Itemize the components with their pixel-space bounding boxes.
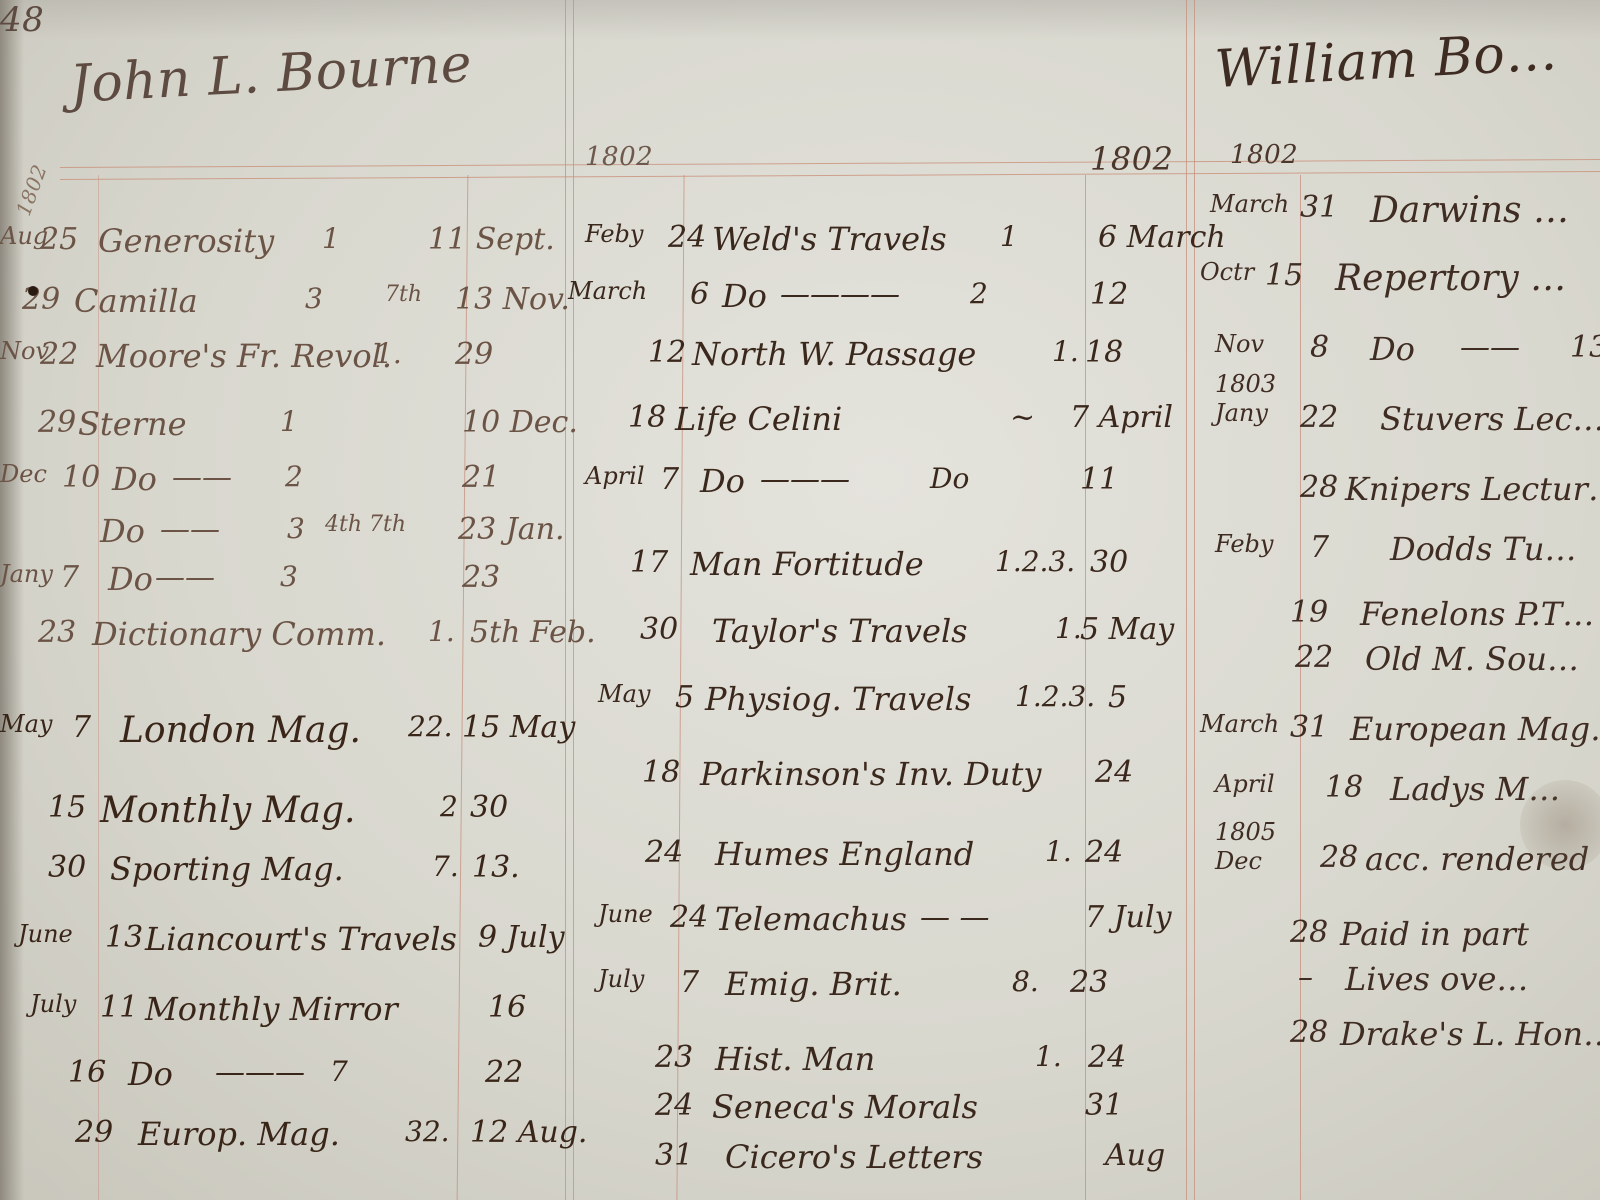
entry-title: Lives ove…	[1345, 960, 1528, 998]
entry-title: Camilla	[74, 282, 198, 320]
entry-title: Do	[108, 560, 153, 598]
column-rule	[565, 0, 566, 1200]
entry-day: 5	[675, 680, 694, 715]
ledger-page: 48 John L. Bourne William Bo… 1802 1802 …	[0, 0, 1600, 1200]
entry-dash: ———	[760, 462, 850, 497]
entry-day: 16	[68, 1055, 106, 1090]
entry-returned: 30	[1090, 545, 1128, 580]
entry-title: London Mag.	[120, 710, 361, 751]
entry-title: Do	[1370, 330, 1415, 368]
entry-returned: 13 Nov.	[455, 282, 570, 317]
entry-day: 28	[1300, 470, 1338, 505]
entry-month: May	[598, 680, 650, 708]
entry-day: 28	[1320, 840, 1358, 875]
entry-volume: 3	[287, 512, 305, 545]
header-rule-top	[60, 159, 1600, 168]
entry-title: Darwins …	[1370, 190, 1569, 231]
entry-volume: 1	[280, 405, 298, 438]
entry-title: Humes England	[715, 835, 974, 873]
entry-day: 22	[40, 337, 78, 372]
entry-returned: 7 April	[1070, 400, 1173, 435]
entry-title: Life Celini	[675, 400, 842, 438]
entry-title: Taylor's Travels	[712, 612, 968, 650]
entry-day: 24	[645, 835, 683, 870]
entry-volume: 2	[440, 790, 458, 823]
entry-day: 29	[38, 405, 76, 440]
entry-volume: 1	[1000, 220, 1018, 253]
column-rule	[98, 175, 99, 1200]
entry-returned: 11	[1080, 462, 1118, 497]
entry-title: Drake's L. Hon…	[1340, 1015, 1600, 1053]
entry-dash: ———	[215, 1055, 305, 1090]
entry-dash: — —	[920, 900, 990, 935]
entry-volume: 1.2.3.	[995, 545, 1075, 578]
entry-day: 7	[1310, 530, 1329, 565]
entry-returned: 9 July	[478, 920, 565, 955]
entry-volume: 1.	[1035, 1040, 1062, 1073]
entry-day: 8	[1310, 330, 1329, 365]
entry-returned: 24	[1095, 755, 1133, 790]
entry-month: July	[30, 990, 76, 1018]
entry-title: Repertory …	[1335, 258, 1566, 299]
entry-day: 15	[1265, 258, 1303, 293]
entry-volume: 7	[330, 1055, 348, 1088]
entry-volume: 7.	[432, 850, 459, 883]
entry-day: 19	[1290, 595, 1328, 630]
entry-day: 24	[670, 900, 708, 935]
year-header: 1802	[1090, 140, 1173, 178]
entry-day: 11	[100, 990, 138, 1025]
entry-day: 28	[1290, 915, 1328, 950]
entry-month: Feby	[1215, 530, 1273, 558]
entry-month: Jany	[0, 560, 53, 588]
entry-volume: 8.	[1012, 965, 1039, 998]
entry-title: Do	[100, 512, 145, 550]
year-header: 1802	[1230, 140, 1298, 170]
entry-day: 22	[1300, 400, 1338, 435]
entry-dash: ~	[1010, 400, 1035, 435]
entry-returned: 18	[1085, 335, 1123, 370]
entry-month: Nov	[1215, 330, 1264, 358]
account-name: John L. Bourne	[68, 34, 473, 115]
entry-returned: Aug	[1105, 1138, 1165, 1173]
entry-returned: 11 Sept.	[428, 222, 555, 257]
entry-day: 13	[105, 920, 143, 955]
entry-day: 18	[1325, 770, 1363, 805]
entry-title: Telemachus	[715, 900, 907, 938]
entry-returned: 13	[1570, 330, 1600, 365]
entry-dash: ——	[1460, 330, 1520, 365]
entry-title: Paid in part	[1340, 915, 1529, 953]
entry-returned: 5	[1108, 680, 1127, 715]
entry-day: 22	[1295, 640, 1333, 675]
entry-dash: ——	[155, 560, 215, 595]
entry-day: 15	[48, 790, 86, 825]
entry-title: Dodds Tu…	[1390, 530, 1576, 568]
entry-title: Physiog. Travels	[705, 680, 971, 718]
column-rule	[1186, 0, 1187, 1200]
entry-day: 29	[22, 282, 60, 317]
entry-volume: 3	[280, 560, 298, 593]
entry-title: Do	[112, 460, 157, 498]
entry-volume: 1.	[1045, 835, 1072, 868]
entry-day: 24	[655, 1088, 693, 1123]
entry-volume: Do	[930, 462, 969, 495]
entry-day: 23	[655, 1040, 693, 1075]
entry-returned: 23	[1070, 965, 1108, 1000]
entry-title: Do	[722, 277, 767, 315]
entry-day: 7	[660, 462, 679, 497]
entry-returned: 7 July	[1085, 900, 1172, 935]
entry-day: 10	[62, 460, 100, 495]
entry-title: Liancourt's Travels	[145, 920, 457, 958]
entry-returned: 30	[470, 790, 508, 825]
entry-title: Cicero's Letters	[725, 1138, 983, 1176]
entry-volume: 3	[305, 282, 323, 315]
entry-day: 24	[668, 220, 706, 255]
column-rule	[1194, 0, 1195, 1200]
entry-day: 31	[1290, 710, 1328, 745]
entry-month: March	[568, 277, 647, 305]
entry-returned: 6 March	[1098, 220, 1226, 255]
ink-smudge	[1520, 780, 1600, 870]
entry-dash: ——	[172, 460, 232, 495]
entry-day: 17	[630, 545, 668, 580]
entry-returned: 16	[488, 990, 526, 1025]
entry-returned: 29	[455, 337, 493, 372]
entry-volume: 1.2.3.	[1015, 680, 1095, 713]
entry-month: April	[585, 462, 645, 490]
entry-note: 7th	[385, 282, 422, 307]
entry-returned: 5th Feb.	[470, 615, 596, 650]
entry-title: European Mag…	[1350, 710, 1600, 748]
entry-day: 6	[690, 277, 709, 312]
entry-title: Stuvers Lec…	[1380, 400, 1600, 438]
entry-returned: 24	[1088, 1040, 1126, 1075]
year-header: 1802	[585, 142, 653, 172]
entry-day: 31	[1300, 190, 1338, 225]
entry-volume: 32.	[405, 1115, 450, 1148]
entry-volume: 2	[285, 460, 303, 493]
entry-title: North W. Passage	[692, 335, 976, 373]
entry-title: Knipers Lectur…	[1345, 470, 1600, 508]
entry-month: Feby	[585, 220, 643, 248]
entry-returned: 23 Jan.	[458, 512, 564, 547]
entry-returned: 12	[1090, 277, 1128, 312]
entry-month: 1803 Jany	[1215, 370, 1305, 428]
entry-dash: ——	[160, 512, 220, 547]
entry-month: March	[1200, 710, 1279, 738]
entry-returned: 22	[485, 1055, 523, 1090]
entry-title: Weld's Travels	[712, 220, 947, 258]
entry-title: Sporting Mag.	[110, 850, 344, 888]
entry-title: Moore's Fr. Revol.	[96, 337, 392, 375]
entry-note: 4th 7th	[325, 512, 406, 537]
entry-returned: 23	[462, 560, 500, 595]
entry-day: 30	[48, 850, 86, 885]
entry-returned: 12 Aug.	[470, 1115, 587, 1150]
entry-returned: 5 May	[1080, 612, 1174, 647]
entry-day: 7	[72, 710, 91, 745]
entry-day: 28	[1290, 1015, 1328, 1050]
entry-title: Emig. Brit.	[725, 965, 902, 1003]
entry-title: Europ. Mag.	[138, 1115, 340, 1153]
entry-title: Do	[128, 1055, 173, 1093]
page-binding-shadow	[0, 0, 24, 1200]
entry-month: April	[1215, 770, 1275, 798]
entry-volume: 22.	[408, 710, 453, 743]
entry-title: Man Fortitude	[690, 545, 924, 583]
entry-title: Hist. Man	[715, 1040, 875, 1078]
entry-month: Dec	[0, 460, 47, 488]
entry-title: Generosity	[98, 222, 274, 260]
entry-month: Octr	[1200, 258, 1254, 286]
entry-title: Old M. Sou…	[1365, 640, 1579, 678]
entry-title: Do	[700, 462, 745, 500]
entry-volume: 1	[322, 222, 340, 255]
entry-returned: 13.	[472, 850, 520, 885]
ink-dot	[28, 286, 38, 296]
entry-day: 31	[655, 1138, 693, 1173]
entry-month: June	[598, 900, 653, 928]
entry-title: Fenelons P.T…	[1360, 595, 1594, 633]
entry-title: Seneca's Morals	[712, 1088, 978, 1126]
entry-dash: ————	[780, 277, 900, 312]
entry-returned: 15 May	[462, 710, 575, 745]
entry-returned: 24	[1085, 835, 1123, 870]
header-rule-bottom	[60, 171, 1600, 180]
entry-title: Dictionary Comm.	[92, 615, 386, 653]
entry-day: 30	[640, 612, 678, 647]
entry-title: Parkinson's Inv. Duty	[700, 755, 1041, 793]
entry-volume: 1.	[1052, 335, 1079, 368]
entry-returned: 31	[1085, 1088, 1123, 1123]
entry-title: Monthly Mirror	[145, 990, 398, 1028]
entry-day: 18	[642, 755, 680, 790]
entry-day: 7	[60, 560, 79, 595]
entry-title: Sterne	[78, 405, 187, 443]
entry-day: 18	[628, 400, 666, 435]
entry-month: March	[1210, 190, 1289, 218]
entry-month: July	[598, 965, 644, 993]
column-rule	[457, 175, 469, 1200]
entry-title: Monthly Mag.	[100, 790, 355, 831]
column-rule	[573, 0, 574, 1200]
entry-day: 29	[75, 1115, 113, 1150]
entry-day: 23	[38, 615, 76, 650]
entry-month: May	[0, 710, 52, 738]
entry-volume: 1.	[428, 615, 455, 648]
entry-day: 25	[40, 222, 78, 257]
entry-day: 12	[648, 335, 686, 370]
entry-month: June	[18, 920, 73, 948]
entry-returned: 10 Dec.	[462, 405, 578, 440]
entry-volume: 2	[970, 277, 988, 310]
page-number: 48	[0, 0, 44, 40]
entry-volume: 1.	[375, 337, 402, 370]
entry-day: –	[1298, 960, 1313, 995]
entry-volume: 1.	[1055, 612, 1082, 645]
entry-day: 7	[680, 965, 699, 1000]
entry-returned: 21	[462, 460, 500, 495]
entry-month: 1805 Dec	[1215, 818, 1305, 876]
